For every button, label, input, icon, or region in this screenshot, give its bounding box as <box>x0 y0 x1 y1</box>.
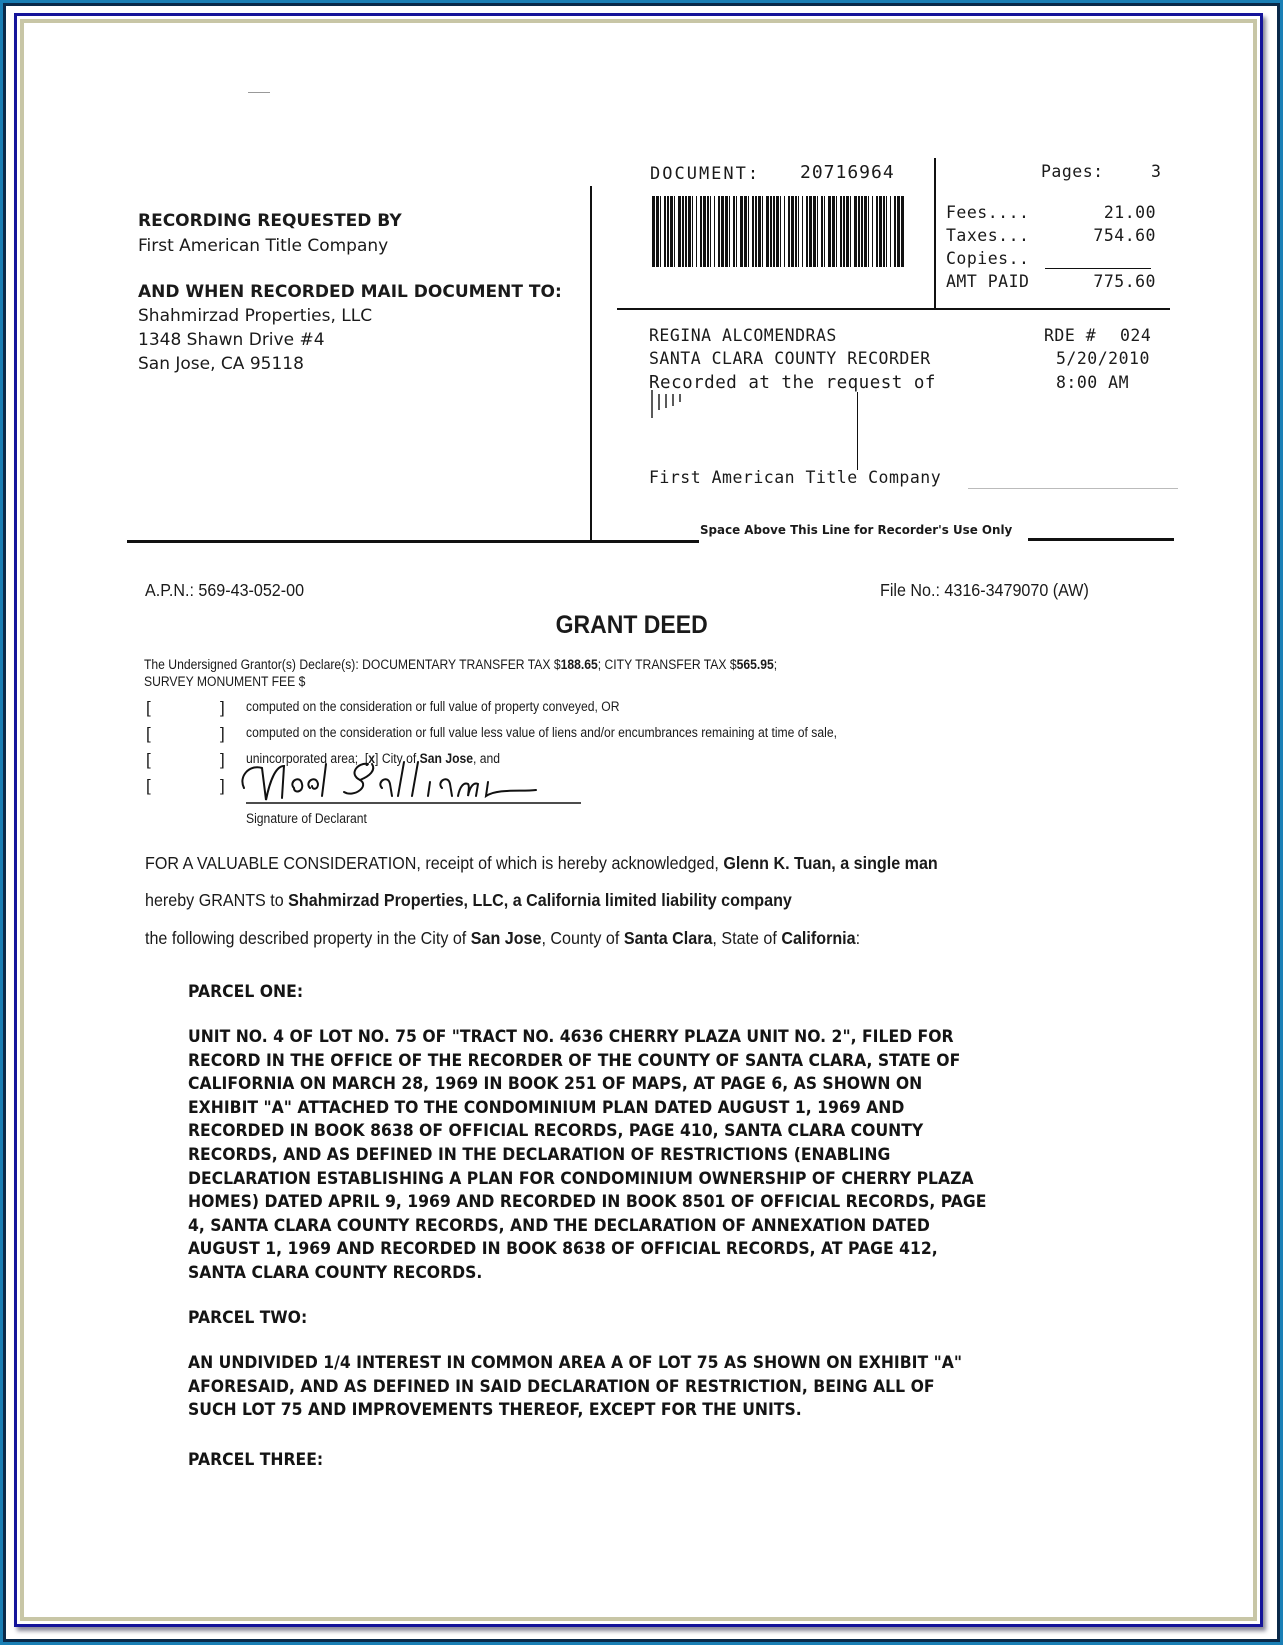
declarant-signature <box>236 758 606 808</box>
faint-rule <box>968 488 1178 489</box>
recorder-office: SANTA CLARA COUNTY RECORDER <box>649 349 931 368</box>
property-prefix: the following described property in the … <box>145 928 466 948</box>
taxes-value: 754.60 <box>1060 226 1156 245</box>
recorder-name: REGINA ALCOMENDRAS <box>649 326 837 345</box>
checkbox-close-bracket: ] <box>220 698 225 718</box>
grants-line: hereby GRANTS to Shahmirzad Properties, … <box>145 890 792 911</box>
document-label: DOCUMENT: <box>650 164 760 184</box>
grantee: Shahmirzad Properties, LLC, a California… <box>288 890 792 910</box>
pages-label: Pages: <box>1041 162 1104 181</box>
city-tax-prefix: ; CITY TRANSFER TAX $ <box>598 657 737 672</box>
state: California <box>781 928 855 948</box>
checkbox-blank[interactable]: [ <box>146 776 151 796</box>
record-date: 5/20/2010 <box>1056 349 1150 368</box>
file-number: File No.: 4316-3479070 (AW) <box>880 580 1089 601</box>
state-suffix: : <box>856 928 860 948</box>
stamp-divider-fees <box>934 158 936 308</box>
document-number: 20716964 <box>800 162 895 183</box>
county: Santa Clara <box>624 928 713 948</box>
copies-rule <box>1045 268 1151 269</box>
deed-title: GRANT DEED <box>556 611 708 640</box>
legal-line: RECORDED IN BOOK 8638 OF OFFICIAL RECORD… <box>188 1120 1071 1144</box>
mail-to-line: Shahmirzad Properties, LLC <box>138 304 372 328</box>
mail-to-address: Shahmirzad Properties, LLC 1348 Shawn Dr… <box>138 304 372 376</box>
record-time: 8:00 AM <box>1056 373 1129 392</box>
scan-mark <box>248 92 270 93</box>
checkbox-unincorporated-area[interactable]: [ <box>146 750 151 770</box>
grantor: Glenn K. Tuan, a single man <box>723 853 937 873</box>
mail-to-line: 1348 Shawn Drive #4 <box>138 328 372 352</box>
stamp-smudge <box>650 388 700 425</box>
state-label: , State of <box>712 928 776 948</box>
grants-text: hereby GRANTS to <box>145 890 284 910</box>
checkbox-computed-full-value[interactable]: [ <box>146 698 151 718</box>
property-line: the following described property in the … <box>145 928 860 949</box>
survey-monument-fee: SURVEY MONUMENT FEE $ <box>144 674 305 689</box>
city-transfer-tax: 565.95 <box>737 657 774 672</box>
recorder-space-rule-right <box>1028 538 1174 541</box>
legal-line: AN UNDIVIDED 1/4 INTEREST IN COMMON AREA… <box>188 1352 1071 1376</box>
legal-line: AFORESAID, AND AS DEFINED IN SAID DECLAR… <box>188 1376 1071 1400</box>
parcel-two-description: AN UNDIVIDED 1/4 INTEREST IN COMMON AREA… <box>188 1352 1071 1423</box>
deed-page: RECORDING REQUESTED BY First American Ti… <box>20 19 1257 1621</box>
documentary-transfer-tax: 188.65 <box>561 657 598 672</box>
stamp-tick <box>857 392 858 470</box>
consideration-line: FOR A VALUABLE CONSIDERATION, receipt of… <box>145 853 938 874</box>
legal-line: HOMES) DATED APRIL 9, 1969 AND RECORDED … <box>188 1191 1071 1215</box>
document-frame: RECORDING REQUESTED BY First American Ti… <box>14 13 1263 1627</box>
legal-line: CALIFORNIA ON MARCH 28, 1969 IN BOOK 251… <box>188 1073 1071 1097</box>
recording-requested-label: RECORDING REQUESTED BY <box>138 211 402 231</box>
apn: A.P.N.: 569-43-052-00 <box>145 580 304 601</box>
recorder-space-note: Space Above This Line for Recorder's Use… <box>700 522 1012 537</box>
checkbox-close-bracket: ] <box>220 776 225 796</box>
legal-line: UNIT NO. 4 OF LOT NO. 75 OF "TRACT NO. 4… <box>188 1026 1071 1050</box>
parcel-one-heading: PARCEL ONE: <box>188 982 303 1002</box>
amt-paid-label: AMT PAID <box>946 272 1029 291</box>
property-city: San Jose <box>471 928 542 948</box>
parcel-three-heading: PARCEL THREE: <box>188 1450 323 1470</box>
signature-label: Signature of Declarant <box>246 811 367 826</box>
checkbox-close-bracket: ] <box>220 750 225 770</box>
taxes-label: Taxes... <box>946 226 1029 245</box>
requesting-party: First American Title Company <box>649 468 941 487</box>
city-tax-suffix: ; <box>774 657 777 672</box>
copies-label: Copies.. <box>946 249 1029 268</box>
recording-requested-by: First American Title Company <box>138 234 388 258</box>
mail-to-label: AND WHEN RECORDED MAIL DOCUMENT TO: <box>138 282 562 302</box>
recorder-space-rule-left <box>127 540 699 543</box>
stamp-divider-left <box>590 186 592 540</box>
legal-line: 4, SANTA CLARA COUNTY RECORDS, AND THE D… <box>188 1215 1071 1239</box>
tax-declaration: The Undersigned Grantor(s) Declare(s): D… <box>144 657 777 672</box>
rde-label: RDE # <box>1044 326 1096 345</box>
pages-count: 3 <box>1151 162 1161 181</box>
legal-line: AUGUST 1, 1969 AND RECORDED IN BOOK 8638… <box>188 1238 1071 1262</box>
legal-line: SUCH LOT 75 AND IMPROVEMENTS THEREOF, EX… <box>188 1399 1071 1423</box>
checkbox-close-bracket: ] <box>220 724 225 744</box>
stamp-rule <box>617 308 1170 310</box>
document-barcode <box>652 196 906 267</box>
amt-paid-value: 775.60 <box>1060 272 1156 291</box>
legal-line: RECORDS, AND AS DEFINED IN THE DECLARATI… <box>188 1144 1071 1168</box>
rde-number: 024 <box>1120 326 1151 345</box>
legal-line: RECORD IN THE OFFICE OF THE RECORDER OF … <box>188 1050 1071 1074</box>
legal-line: DECLARATION ESTABLISHING A PLAN FOR COND… <box>188 1168 1071 1192</box>
mail-to-line: San Jose, CA 95118 <box>138 352 372 376</box>
legal-line: EXHIBIT "A" ATTACHED TO THE CONDOMINIUM … <box>188 1097 1071 1121</box>
checkbox-computed-less-liens[interactable]: [ <box>146 724 151 744</box>
fees-value: 21.00 <box>1060 203 1156 222</box>
parcel-two-heading: PARCEL TWO: <box>188 1308 307 1328</box>
legal-line: SANTA CLARA COUNTY RECORDS. <box>188 1262 1071 1286</box>
parcel-one-description: UNIT NO. 4 OF LOT NO. 75 OF "TRACT NO. 4… <box>188 1026 1071 1286</box>
county-label: , County of <box>541 928 619 948</box>
option-full-value: computed on the consideration or full va… <box>246 699 620 714</box>
tax-declaration-prefix: The Undersigned Grantor(s) Declare(s): D… <box>144 657 561 672</box>
fees-label: Fees.... <box>946 203 1029 222</box>
consideration-text: FOR A VALUABLE CONSIDERATION, receipt of… <box>145 853 719 873</box>
option-less-liens: computed on the consideration or full va… <box>246 725 837 740</box>
